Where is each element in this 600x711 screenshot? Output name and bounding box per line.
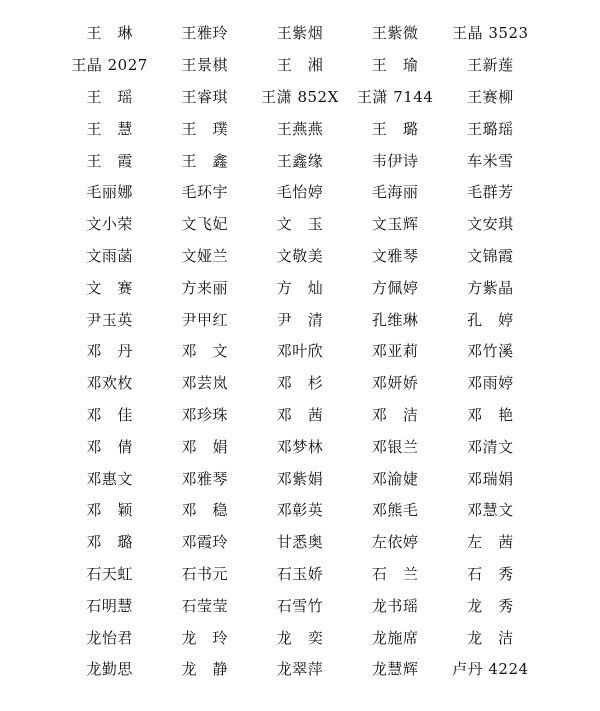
name-entry: 王 瑜	[348, 54, 443, 75]
name-row: 尹玉英尹甲红尹 清孔维琳孔 婷	[62, 303, 538, 335]
name-entry: 邓银兰	[348, 436, 443, 457]
name-entry: 石玉娇	[252, 563, 347, 584]
name-entry: 卢丹 4224	[443, 658, 538, 679]
name-entry: 石明慧	[62, 595, 157, 616]
name-entry: 文小荣	[62, 213, 157, 234]
name-entry: 文玉辉	[348, 213, 443, 234]
name-entry: 龙 静	[157, 658, 252, 679]
name-entry: 龙翠萍	[252, 658, 347, 679]
name-entry: 王赛柳	[443, 86, 538, 107]
name-entry: 石书元	[157, 563, 252, 584]
name-entry: 王晶 3523	[443, 22, 538, 43]
name-row: 文小荣文飞妃文 玉文玉辉文安琪	[62, 208, 538, 240]
name-entry: 邓 颖	[62, 499, 157, 520]
name-row: 文 赛方来丽方 灿方佩婷方紫晶	[62, 271, 538, 303]
name-entry: 王 琳	[62, 22, 157, 43]
name-row: 毛丽娜毛环宇毛怡婷毛海丽毛群芳	[62, 176, 538, 208]
name-entry: 方 灿	[252, 277, 347, 298]
name-entry: 邓惠文	[62, 468, 157, 489]
name-entry: 龙施席	[348, 627, 443, 648]
name-row: 邓 佳邓珍珠邓 茜邓 洁邓 艳	[62, 399, 538, 431]
name-list-grid: 王 琳王雅玲王紫烟王紫微王晶 3523王晶 2027王景棋王 湘王 瑜王新莲王 …	[62, 17, 538, 685]
name-entry: 邓珍珠	[157, 404, 252, 425]
name-row: 石天虹石书元石玉娇石 兰石 秀	[62, 558, 538, 590]
name-entry: 王 湘	[252, 54, 347, 75]
name-entry: 王晶 2027	[62, 54, 157, 75]
name-entry: 孔维琳	[348, 309, 443, 330]
name-entry: 邓 艳	[443, 404, 538, 425]
name-entry: 王 璐	[348, 118, 443, 139]
name-entry: 毛群芳	[443, 181, 538, 202]
name-entry: 邓紫娟	[252, 468, 347, 489]
name-entry: 王 霞	[62, 150, 157, 171]
name-row: 龙怡君龙 玲龙 奕龙施席龙 洁	[62, 621, 538, 653]
name-entry: 王 璞	[157, 118, 252, 139]
name-entry: 王睿琪	[157, 86, 252, 107]
name-entry: 邓 璐	[62, 531, 157, 552]
name-entry: 王 鑫	[157, 150, 252, 171]
name-entry: 石 兰	[348, 563, 443, 584]
name-entry: 邓竹溪	[443, 340, 538, 361]
name-entry: 龙 秀	[443, 595, 538, 616]
name-row: 文雨菡文娅兰文敬美文雅琴文锦霞	[62, 240, 538, 272]
name-entry: 龙慧辉	[348, 658, 443, 679]
name-entry: 邓梦林	[252, 436, 347, 457]
name-entry: 龙勤思	[62, 658, 157, 679]
name-row: 邓惠文邓雅琴邓紫娟邓渝婕邓瑞娟	[62, 462, 538, 494]
name-entry: 尹甲红	[157, 309, 252, 330]
name-entry: 龙怡君	[62, 627, 157, 648]
name-entry: 尹 清	[252, 309, 347, 330]
name-entry: 尹玉英	[62, 309, 157, 330]
name-row: 王 琳王雅玲王紫烟王紫微王晶 3523	[62, 17, 538, 49]
name-entry: 王景棋	[157, 54, 252, 75]
name-entry: 韦伊诗	[348, 150, 443, 171]
name-entry: 文安琪	[443, 213, 538, 234]
name-entry: 王潇 7144	[348, 86, 443, 107]
name-entry: 毛环宇	[157, 181, 252, 202]
name-entry: 文雅琴	[348, 245, 443, 266]
name-entry: 邓 佳	[62, 404, 157, 425]
name-row: 王 霞王 鑫王鑫缘韦伊诗车米雪	[62, 144, 538, 176]
name-entry: 毛丽娜	[62, 181, 157, 202]
name-entry: 龙 玲	[157, 627, 252, 648]
name-entry: 邓 文	[157, 340, 252, 361]
name-entry: 邓 倩	[62, 436, 157, 457]
name-row: 石明慧石莹莹石雪竹龙书瑶龙 秀	[62, 589, 538, 621]
name-entry: 龙 洁	[443, 627, 538, 648]
name-entry: 石莹莹	[157, 595, 252, 616]
name-row: 邓 璐邓霞玲甘悉奥左依婷左 茜	[62, 526, 538, 558]
name-entry: 邓亚莉	[348, 340, 443, 361]
name-entry: 文飞妃	[157, 213, 252, 234]
name-row: 王晶 2027王景棋王 湘王 瑜王新莲	[62, 49, 538, 81]
name-entry: 邓 丹	[62, 340, 157, 361]
name-entry: 邓 茜	[252, 404, 347, 425]
name-entry: 王鑫缘	[252, 150, 347, 171]
name-entry: 邓叶欣	[252, 340, 347, 361]
name-entry: 毛海丽	[348, 181, 443, 202]
name-entry: 王紫烟	[252, 22, 347, 43]
name-entry: 王紫微	[348, 22, 443, 43]
name-entry: 邓 洁	[348, 404, 443, 425]
name-entry: 王潇 852X	[252, 86, 347, 107]
name-entry: 文雨菡	[62, 245, 157, 266]
name-entry: 文娅兰	[157, 245, 252, 266]
name-entry: 王雅玲	[157, 22, 252, 43]
name-entry: 方紫晶	[443, 277, 538, 298]
name-row: 邓 倩邓 娟邓梦林邓银兰邓清文	[62, 430, 538, 462]
name-entry: 邓 杉	[252, 372, 347, 393]
name-entry: 王 瑶	[62, 86, 157, 107]
name-entry: 邓芸岚	[157, 372, 252, 393]
name-entry: 王新莲	[443, 54, 538, 75]
name-entry: 邓清文	[443, 436, 538, 457]
name-entry: 左 茜	[443, 531, 538, 552]
name-entry: 邓欢枚	[62, 372, 157, 393]
name-entry: 邓霞玲	[157, 531, 252, 552]
name-entry: 邓瑞娟	[443, 468, 538, 489]
name-entry: 方佩婷	[348, 277, 443, 298]
name-entry: 甘悉奥	[252, 531, 347, 552]
name-entry: 文 赛	[62, 277, 157, 298]
name-entry: 王璐瑶	[443, 118, 538, 139]
name-entry: 龙 奕	[252, 627, 347, 648]
name-row: 龙勤思龙 静龙翠萍龙慧辉卢丹 4224	[62, 653, 538, 685]
name-row: 邓 丹邓 文邓叶欣邓亚莉邓竹溪	[62, 335, 538, 367]
name-entry: 石天虹	[62, 563, 157, 584]
name-entry: 石 秀	[443, 563, 538, 584]
name-entry: 文敬美	[252, 245, 347, 266]
name-entry: 邓渝婕	[348, 468, 443, 489]
name-entry: 邓 稳	[157, 499, 252, 520]
name-row: 王 慧王 璞王燕燕王 璐王璐瑶	[62, 112, 538, 144]
name-entry: 邓彰英	[252, 499, 347, 520]
name-entry: 毛怡婷	[252, 181, 347, 202]
name-entry: 邓慧文	[443, 499, 538, 520]
name-entry: 邓雅琴	[157, 468, 252, 489]
name-entry: 龙书瑶	[348, 595, 443, 616]
name-entry: 孔 婷	[443, 309, 538, 330]
name-entry: 王燕燕	[252, 118, 347, 139]
name-entry: 邓熊毛	[348, 499, 443, 520]
name-row: 邓欢枚邓芸岚邓 杉邓妍娇邓雨婷	[62, 367, 538, 399]
name-entry: 邓妍娇	[348, 372, 443, 393]
name-entry: 王 慧	[62, 118, 157, 139]
name-entry: 文锦霞	[443, 245, 538, 266]
name-entry: 邓 娟	[157, 436, 252, 457]
name-entry: 石雪竹	[252, 595, 347, 616]
name-entry: 文 玉	[252, 213, 347, 234]
name-entry: 车米雪	[443, 150, 538, 171]
name-row: 邓 颖邓 稳邓彰英邓熊毛邓慧文	[62, 494, 538, 526]
name-entry: 方来丽	[157, 277, 252, 298]
name-row: 王 瑶王睿琪王潇 852X王潇 7144王赛柳	[62, 81, 538, 113]
name-entry: 邓雨婷	[443, 372, 538, 393]
name-entry: 左依婷	[348, 531, 443, 552]
